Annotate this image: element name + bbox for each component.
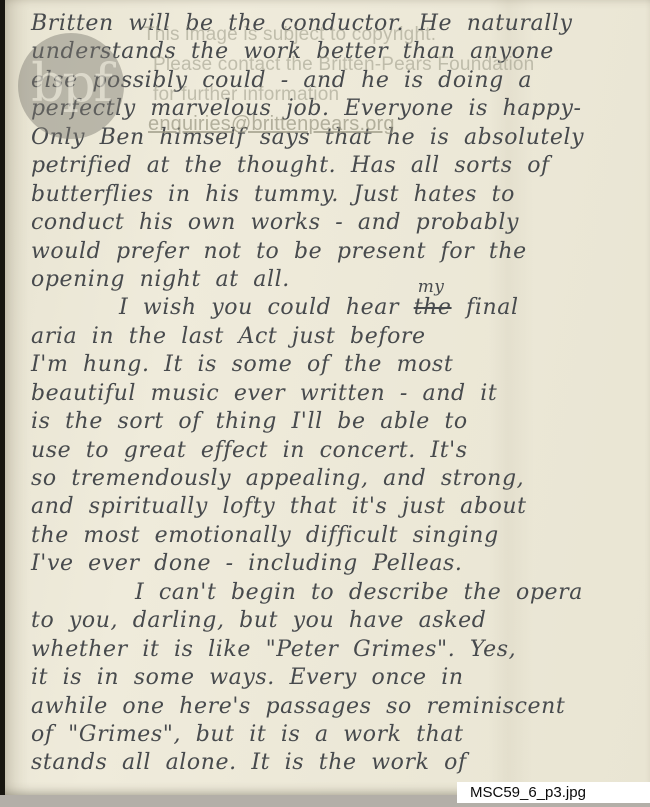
handwritten-line: I'm hung. It is some of the most [31,351,647,379]
handwritten-line: I've ever done - including Pelleas. [31,550,647,578]
handwritten-line: Only Ben himself says that he is absolut… [31,124,647,152]
handwritten-line: the most emotionally difficult singing [31,522,647,550]
handwritten-line: is the sort of thing I'll be able to [31,408,647,436]
handwritten-line: conduct his own works - and probably [31,209,647,237]
handwritten-line: beautiful music ever written - and it [31,380,647,408]
line-text: final [466,295,519,320]
handwritten-letter: Britten will be the conductor. He natura… [31,10,647,778]
handwritten-line: would prefer not to be present for the [31,238,647,266]
handwritten-line: Britten will be the conductor. He natura… [31,10,647,38]
handwritten-line: petrified at the thought. Has all sorts … [31,152,647,180]
handwritten-line: understands the work better than anyone [31,38,647,66]
handwritten-line: I can't begin to describe the opera [135,579,647,607]
line-text: I wish you could hear [119,295,399,320]
handwritten-line: aria in the last Act just before [31,323,647,351]
handwritten-line: awhile one here's passages so reminiscen… [31,693,647,721]
struck-word: the [414,295,452,320]
handwritten-line: use to great effect in concert. It's [31,437,647,465]
handwritten-line: of "Grimes", but it is a work that [31,721,647,749]
handwritten-line: butterflies in his tummy. Just hates to [31,181,647,209]
handwritten-line: stands all alone. It is the work of [31,749,647,777]
correction: mythe [414,294,452,322]
handwritten-line: so tremendously appealing, and strong, [31,465,647,493]
letter-page: Britten will be the conductor. He natura… [5,0,650,795]
filename-label: MSC59_6_p3.jpg [457,782,650,803]
handwritten-line: it is in some ways. Every once in [31,664,647,692]
inserted-word-above: my [418,279,445,296]
handwritten-line: perfectly marvelous job. Everyone is hap… [31,95,647,123]
handwritten-line: and spiritually lofty that it's just abo… [31,493,647,521]
handwritten-line: else possibly could - and he is doing a [31,67,647,95]
handwritten-line: opening night at all. [31,266,647,294]
handwritten-line: whether it is like "Peter Grimes". Yes, [31,636,647,664]
handwritten-line: to you, darling, but you have asked [31,607,647,635]
handwritten-line-with-correction: I wish you could hear mythe final [119,294,647,322]
